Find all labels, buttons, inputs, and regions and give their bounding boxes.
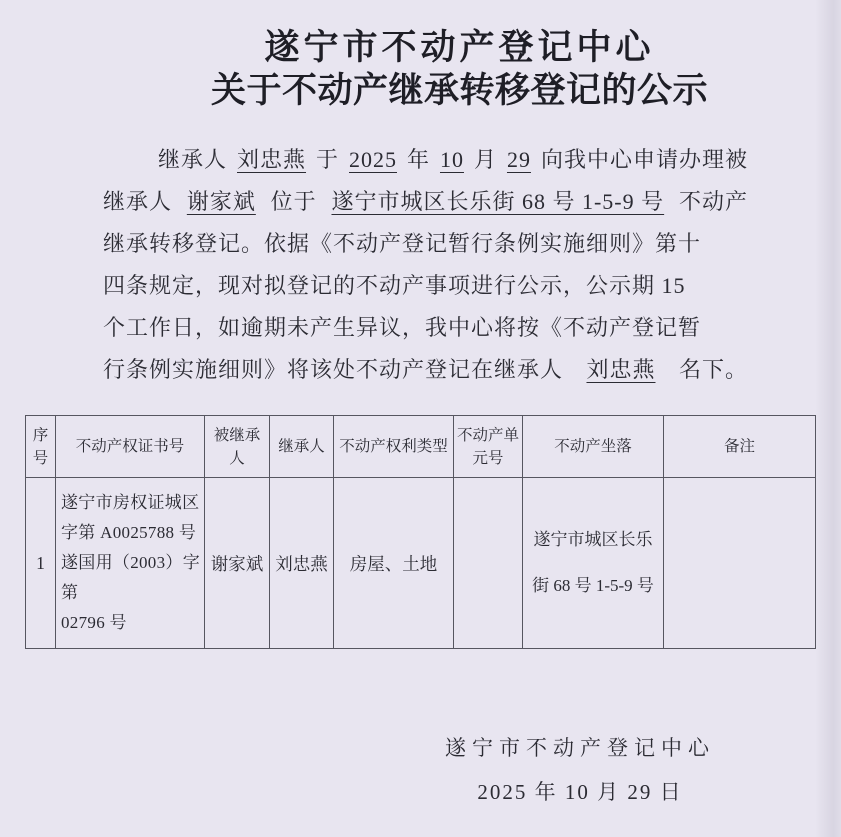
cell-heir: 刘忠燕 — [270, 478, 334, 649]
notice-text: 继承人 — [103, 181, 172, 223]
signature-block: 遂宁市不动产登记中心 2025 年 10 月 29 日 — [420, 735, 740, 806]
notice-text: 个工作日，如逾期未产生异议，我中心将按《不动产登记暂 — [103, 307, 701, 349]
issuer-name: 遂宁市不动产登记中心 — [420, 735, 740, 762]
notice-line: 行条例实施细则》将该处不动产登记在继承人刘忠燕名下。 — [103, 349, 748, 391]
filled-blank-text: 29 — [507, 139, 531, 181]
filled-blank-text: 遂宁市城区长乐街 68 号 1-5-9 号 — [331, 181, 664, 223]
filled-blank-text: 刘忠燕 — [237, 139, 306, 181]
col-header-right-type: 不动产权利类型 — [334, 416, 454, 478]
notice-line: 继承人刘忠燕于 2025 年 10 月 29 向我中心申请办理被 — [103, 139, 748, 181]
notice-text: 向我中心申请办理被 — [541, 139, 748, 181]
filled-blank-text: 2025 — [349, 139, 397, 181]
cell-remark — [664, 478, 816, 649]
notice-text: 名下。 — [679, 349, 748, 391]
filled-blank-text: 刘忠燕 — [586, 349, 655, 391]
notice-text: 于 — [316, 139, 339, 181]
table-row: 1 遂宁市房权证城区 字第 A0025788 号 遂国用（2003）字第 027… — [26, 478, 816, 649]
cell-right-type: 房屋、土地 — [334, 478, 454, 649]
notice-text: 四条规定，现对拟登记的不动产事项进行公示，公示期 15 — [103, 265, 686, 307]
notice-line: 四条规定，现对拟登记的不动产事项进行公示，公示期 15 — [103, 265, 748, 307]
col-header-heir: 继承人 — [270, 416, 334, 478]
cell-unit-no — [454, 478, 523, 649]
cell-location: 遂宁市城区长乐 街 68 号 1-5-9 号 — [523, 478, 664, 649]
registration-table: 序号 不动产权证书号 被继承人 继承人 不动产权利类型 不动产单元号 不动产坐落… — [25, 415, 816, 649]
title-subject-line: 关于不动产继承转移登记的公示 — [78, 70, 841, 113]
notice-text: 年 — [407, 139, 430, 181]
cell-seq: 1 — [26, 478, 56, 649]
scan-edge-shadow — [815, 0, 841, 837]
notice-text: 行条例实施细则》将该处不动产登记在继承人 — [103, 349, 563, 391]
notice-text: 继承人 — [158, 139, 227, 181]
notice-line: 个工作日，如逾期未产生异议，我中心将按《不动产登记暂 — [103, 307, 748, 349]
title-org-line: 遂宁市不动产登记中心 — [78, 27, 841, 70]
col-header-unit-no: 不动产单元号 — [454, 416, 523, 478]
notice-line: 继承转移登记。依据《不动产登记暂行条例实施细则》第十 — [103, 223, 748, 265]
notice-text: 月 — [474, 139, 497, 181]
cell-cert-no: 遂宁市房权证城区 字第 A0025788 号 遂国用（2003）字第 02796… — [56, 478, 205, 649]
filled-blank-text: 谢家斌 — [187, 181, 256, 223]
notice-text: 继承转移登记。依据《不动产登记暂行条例实施细则》第十 — [103, 223, 701, 265]
col-header-seq: 序号 — [26, 416, 56, 478]
table-header-row: 序号 不动产权证书号 被继承人 继承人 不动产权利类型 不动产单元号 不动产坐落… — [26, 416, 816, 478]
document-title: 遂宁市不动产登记中心 关于不动产继承转移登记的公示 — [0, 27, 841, 113]
notice-table-wrap: 序号 不动产权证书号 被继承人 继承人 不动产权利类型 不动产单元号 不动产坐落… — [25, 415, 816, 649]
notice-paragraph: 继承人刘忠燕于 2025 年 10 月 29 向我中心申请办理被继承人谢家斌位于… — [103, 139, 748, 391]
col-header-remark: 备注 — [664, 416, 816, 478]
scanned-notice-page: 遂宁市不动产登记中心 关于不动产继承转移登记的公示 继承人刘忠燕于 2025 年… — [0, 0, 841, 837]
issue-date: 2025 年 10 月 29 日 — [420, 779, 740, 806]
col-header-location: 不动产坐落 — [523, 416, 664, 478]
notice-text: 位于 — [271, 181, 317, 223]
filled-blank-text: 10 — [440, 139, 464, 181]
col-header-decedent: 被继承人 — [205, 416, 270, 478]
notice-line: 继承人谢家斌位于遂宁市城区长乐街 68 号 1-5-9 号不动产 — [103, 181, 748, 223]
notice-text: 不动产 — [679, 181, 748, 223]
cell-decedent: 谢家斌 — [205, 478, 270, 649]
col-header-cert-no: 不动产权证书号 — [56, 416, 205, 478]
